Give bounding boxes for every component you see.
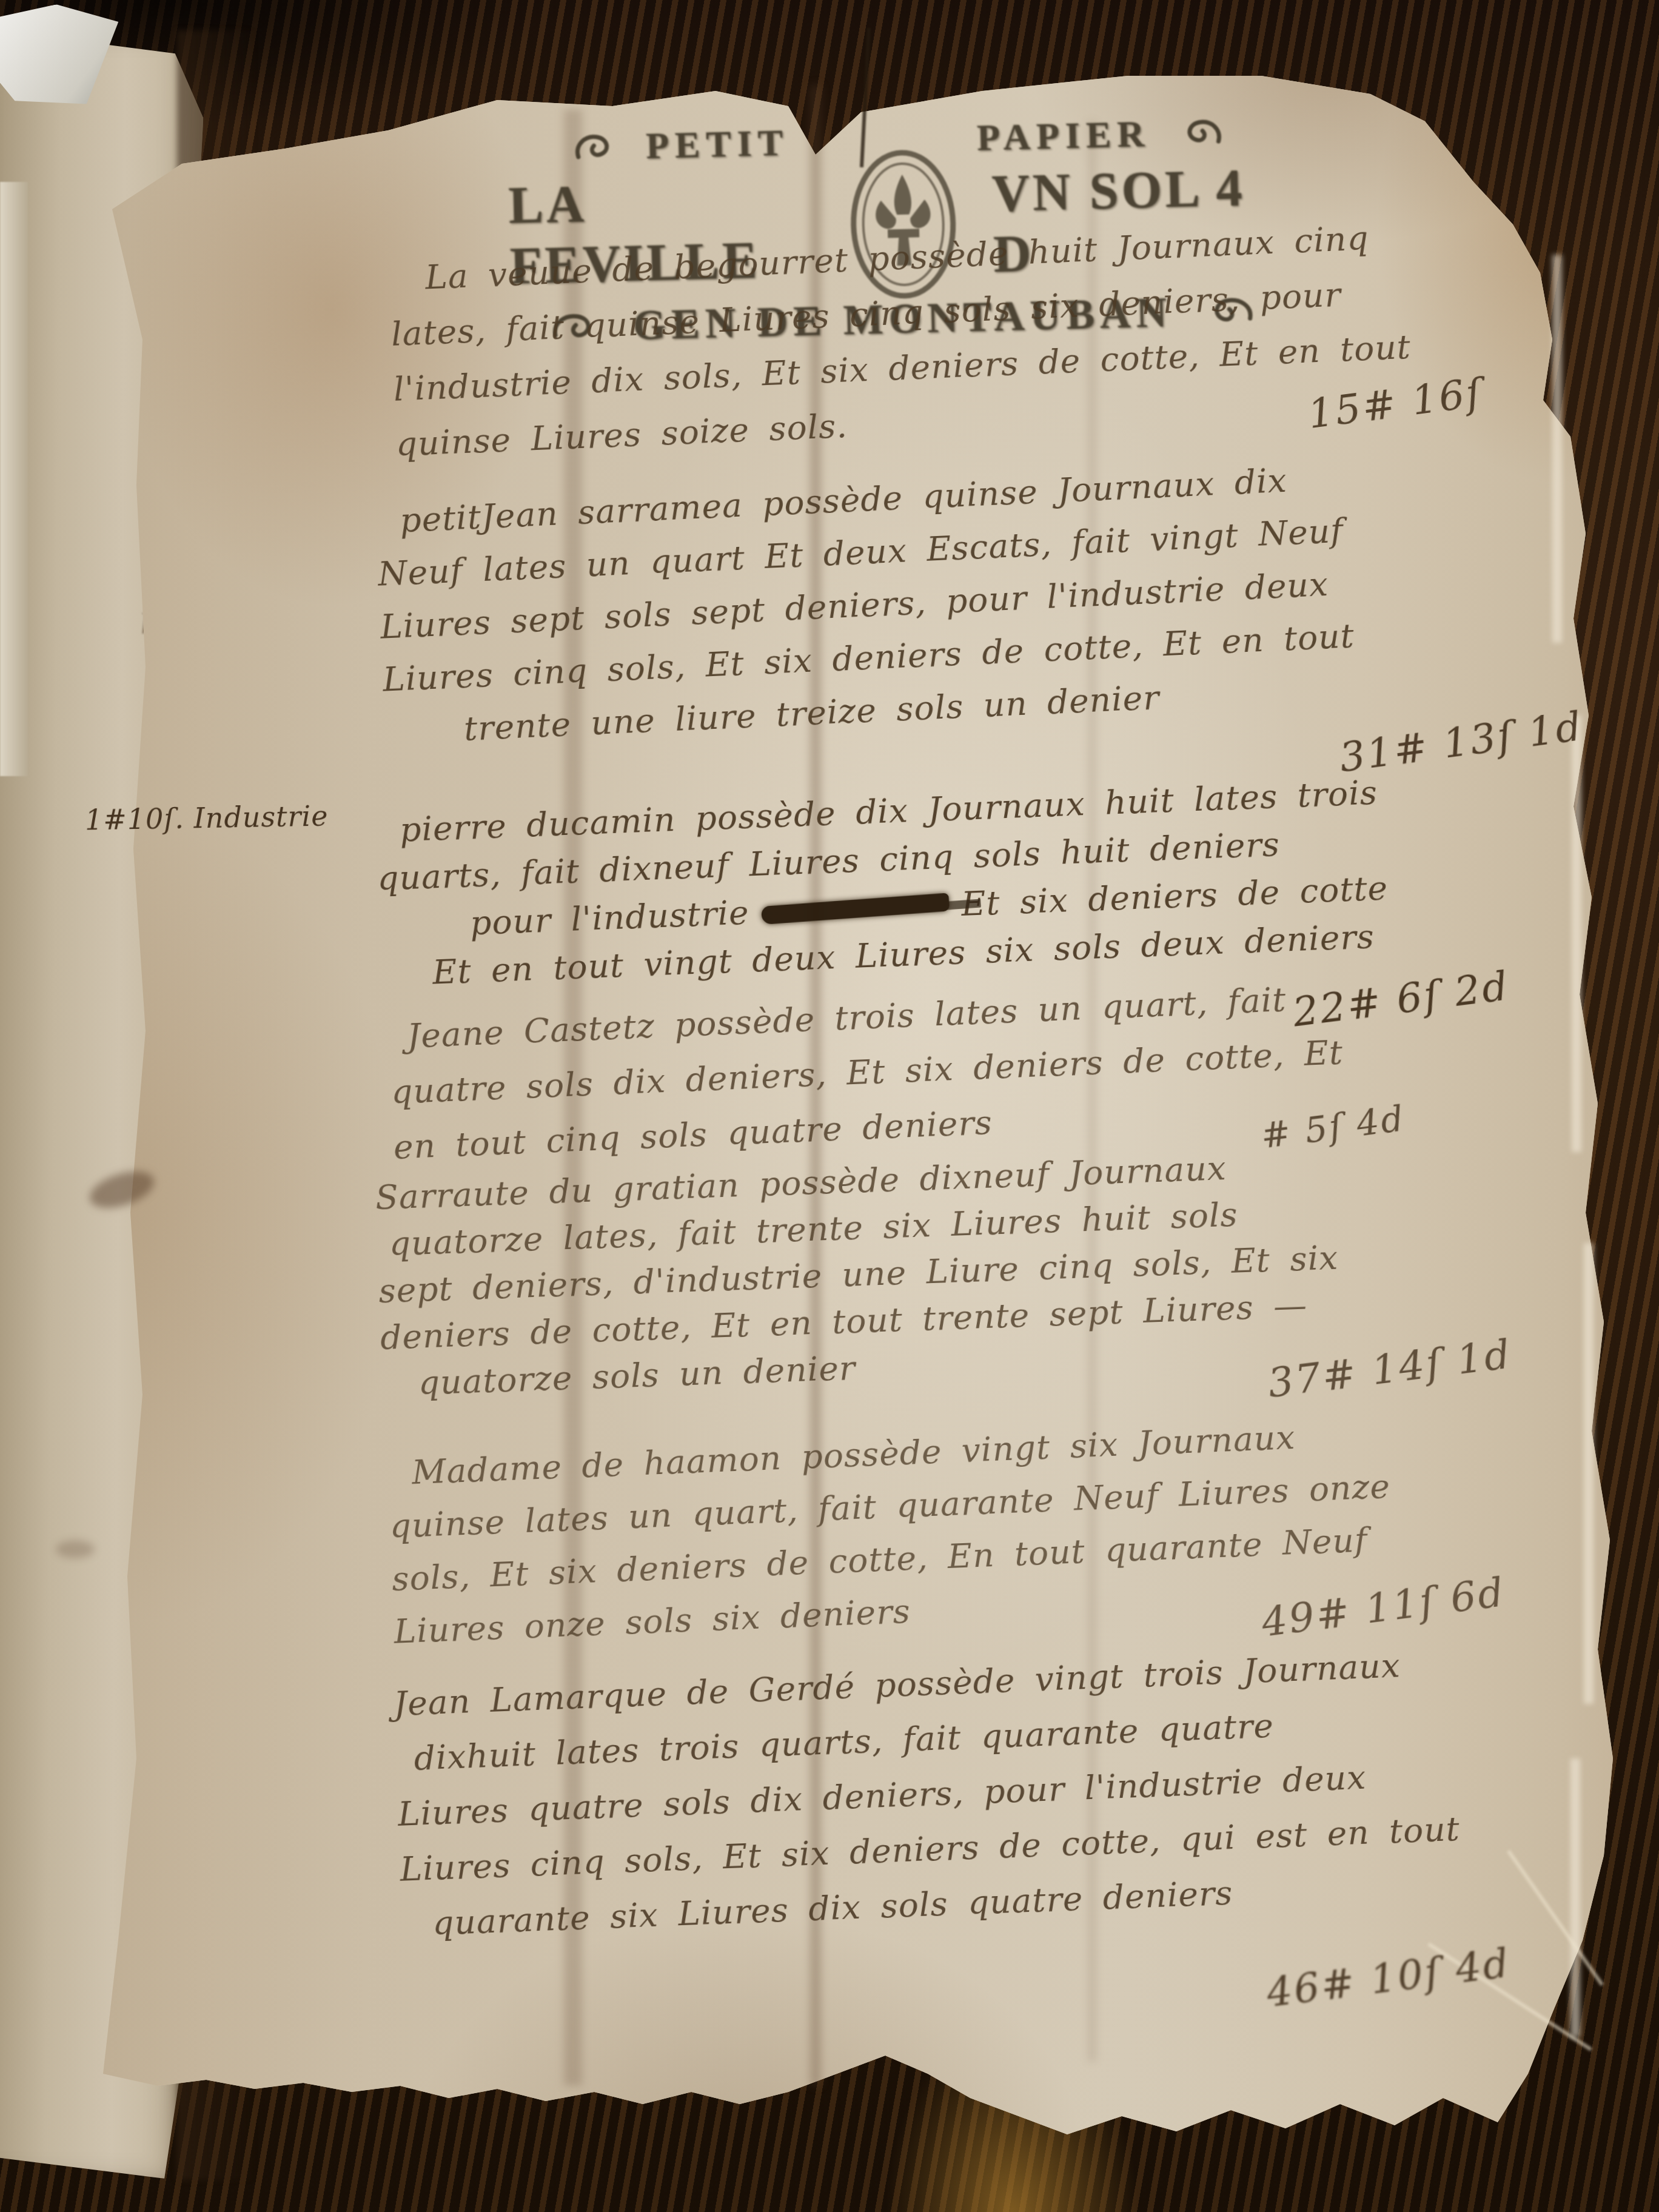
- ink-smudge: [56, 1540, 95, 1558]
- page-stack-edge: [0, 182, 28, 776]
- scroll-ornament-icon: [1168, 114, 1224, 152]
- inked-out-text: [761, 893, 950, 925]
- stamp-word: PAPIER: [976, 113, 1151, 160]
- entry-line-text: pour l'industrie: [469, 893, 750, 942]
- scroll-ornament-icon: [573, 129, 628, 166]
- stamp-word: PETIT: [645, 121, 789, 168]
- entry-paragraph: Jean Lamarque de Gerdé possède vingt tro…: [393, 1638, 1615, 1960]
- entry-line-text: Et six deniers de cotte: [960, 868, 1389, 923]
- entry-paragraph: petitJean sarramea possède quinse Journa…: [375, 447, 1598, 765]
- manuscript-photo: t de tre d but e ses es l al PETIT PAPIE…: [0, 0, 1659, 2212]
- margin-note: 1#10ſ. Industrie: [85, 800, 329, 837]
- entry-paragraph: Sarraute du gratian possède dixneuf Jour…: [375, 1136, 1595, 1411]
- entry-amount: 15# 16ſ: [1305, 369, 1486, 438]
